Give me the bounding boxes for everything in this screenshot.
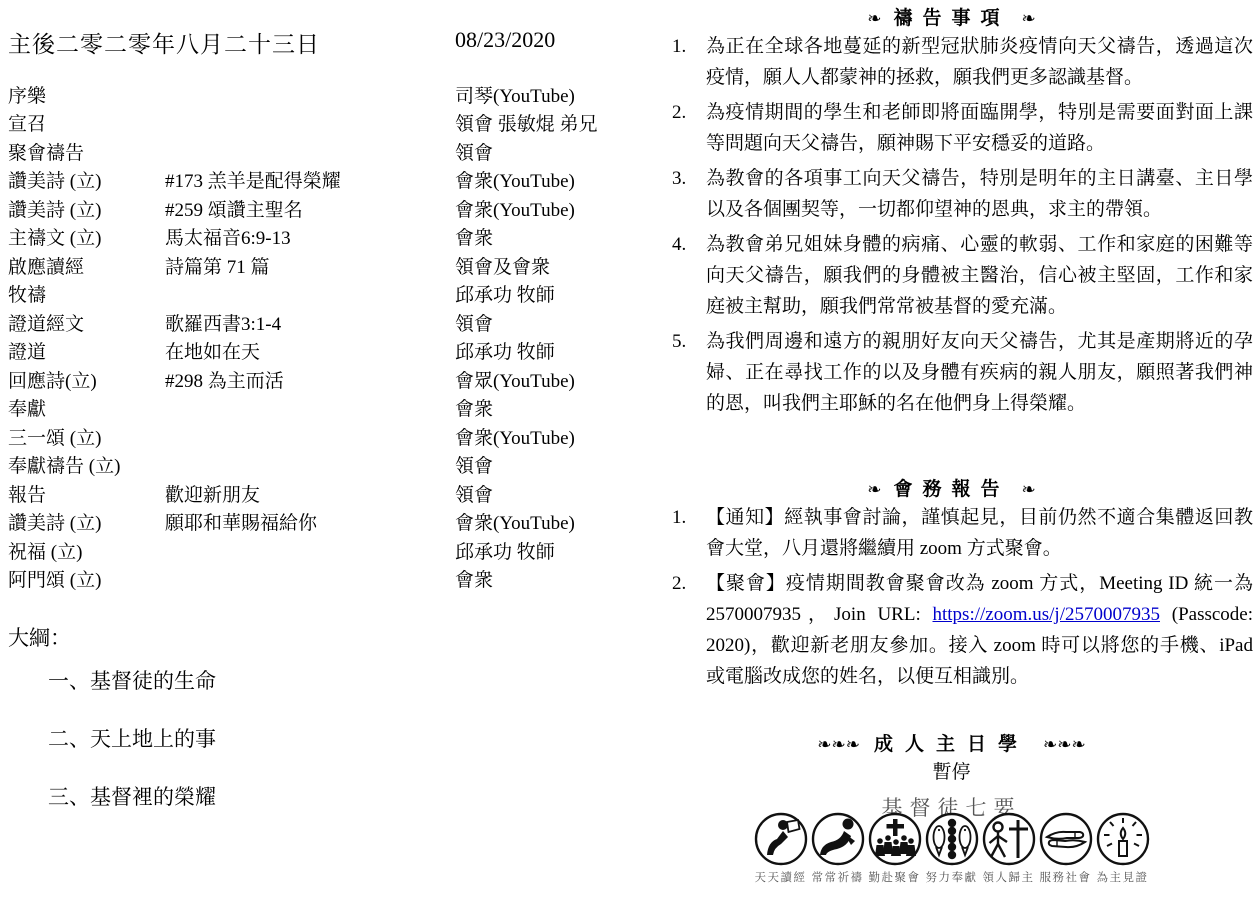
program-row: 讚美詩 (立)願耶和華賜福給你會衆(YouTube) [8,508,638,537]
program-role: 會眾(YouTube) [455,366,638,393]
program-row: 報告歡迎新朋友領會 [8,479,638,508]
program-role: 領會 [455,480,638,507]
list-item: 2.【聚會】疫情期間教會聚會改為 zoom 方式，Meeting ID 統一為 … [672,568,1253,692]
praying-icon [811,812,865,866]
program-detail: 願耶和華賜福給你 [165,508,455,535]
program-row: 回應詩(立)#298 為主而活會眾(YouTube) [8,365,638,394]
seven-essentials-icons: 天天讀經 常常祈禱 [650,812,1253,885]
fleuron-icon: ❧ [1022,480,1036,500]
program-role: 邱承功 牧師 [455,537,638,564]
list-item: 1.【通知】經執事會討論，謹慎起見，目前仍然不適合集體返回教會大堂，八月還將繼續… [672,502,1253,564]
program-row: 讚美詩 (立)#173 羔羊是配得榮耀會衆(YouTube) [8,166,638,195]
program-role: 會衆(YouTube) [455,166,638,193]
program-role: 司琴(YouTube) [455,81,638,108]
program-role: 領會及會衆 [455,252,638,279]
program-item-label: 回應詩(立) [8,366,165,393]
program-detail: 在地如在天 [165,337,455,364]
leading-icon [982,812,1036,866]
program-detail: 詩篇第 71 篇 [165,252,455,279]
program-role: 邱承功 牧師 [455,280,638,307]
fleuron-icon: ❧ [867,9,881,29]
program-item-label: 祝福 (立) [8,537,165,564]
item-number: 3. [672,163,706,225]
program-detail: 馬太福音6:9-13 [165,223,455,250]
seven-item: 為主見證 [1094,812,1151,885]
program-row: 啟應讀經詩篇第 71 篇領會及會衆 [8,251,638,280]
seven-item: 服務社會 [1037,812,1094,885]
sermon-outline-title: 大綱： [8,622,71,652]
program-item-label: 讚美詩 (立) [8,195,165,222]
announcement-title-text: 會務報告 [881,479,1021,500]
sunday-school-title: ❧❧❧成人主日學❧❧❧ [650,729,1253,756]
seven-item-label: 努力奉獻 [923,869,980,885]
program-row: 奉獻禱告 (立)領會 [8,451,638,480]
sermon-outline: 一、基督徒的生命 二、天上地上的事 三、基督裡的榮耀 [48,670,216,844]
program-row: 讚美詩 (立)#259 頌讚主聖名會衆(YouTube) [8,194,638,223]
list-item: 1.為正在全球各地蔓延的新型冠狀肺炎疫情向天父禱告，透過這次疫情，願人人都蒙神的… [672,31,1253,93]
program-row: 聚會禱告領會 [8,137,638,166]
item-number: 2. [672,97,706,159]
program-role: 會衆 [455,565,638,592]
seven-item-label: 領人歸主 [980,869,1037,885]
prayer-title-text: 禱告事項 [881,8,1021,29]
item-number: 5. [672,326,706,419]
item-number: 4. [672,229,706,322]
seven-item-label: 為主見證 [1094,869,1151,885]
program-item-label: 報告 [8,480,165,507]
outline-item: 二、天上地上的事 [48,728,216,750]
program-row: 祝福 (立)邱承功 牧師 [8,536,638,565]
announcement-section-title: ❧會務報告❧ [650,474,1253,501]
program-item-label: 牧禱 [8,280,165,307]
seven-item-label: 勤赴聚會 [866,869,923,885]
sunday-school-title-text: 成人主日學 [860,734,1043,755]
program-item-label: 主禱文 (立) [8,223,165,250]
program-row: 證道在地如在天邱承功 牧師 [8,337,638,366]
zoom-meeting-link[interactable]: https://zoom.us/j/2570007935 [933,604,1160,625]
program-role: 領會 [455,138,638,165]
offering-icon [925,812,979,866]
prayer-item-text: 為正在全球各地蔓延的新型冠狀肺炎疫情向天父禱告，透過這次疫情，願人人都蒙神的拯救… [706,31,1253,93]
program-role: 領會 張敏焜 弟兄 [455,109,638,136]
program-item-label: 證道 [8,337,165,364]
program-row: 阿門頌 (立)會衆 [8,565,638,594]
outline-item: 三、基督裡的榮耀 [48,786,216,808]
item-number: 1. [672,31,706,93]
program-role: 會衆(YouTube) [455,195,638,222]
item-number: 1. [672,502,706,564]
program-detail: 歌羅西書3:1-4 [165,309,455,336]
program-item-label: 序樂 [8,81,165,108]
program-row: 序樂司琴(YouTube) [8,80,638,109]
program-detail: #298 為主而活 [165,366,455,393]
seven-item-label: 服務社會 [1037,869,1094,885]
list-item: 2.為疫情期間的學生和老師即將面臨開學，特別是需要面對面上課等問題向天父禱告，願… [672,97,1253,159]
program-item-label: 啟應讀經 [8,252,165,279]
program-role: 領會 [455,451,638,478]
program-role: 會衆(YouTube) [455,423,638,450]
prayer-item-text: 為教會弟兄姐妹身體的病痛、心靈的軟弱、工作和家庭的困難等向天父禱告，願我們的身體… [706,229,1253,322]
item-number: 2. [672,568,706,692]
program-role: 邱承功 牧師 [455,337,638,364]
reading-icon [754,812,808,866]
prayer-item-text: 為教會的各項事工向天父禱告，特別是明年的主日講臺、主日學以及各個團契等，一切都仰… [706,163,1253,225]
serving-icon [1039,812,1093,866]
seven-item: 勤赴聚會 [866,812,923,885]
order-of-worship: 序樂司琴(YouTube) 宣召領會 張敏焜 弟兄 聚會禱告領會 讚美詩 (立)… [8,80,638,593]
program-role: 會衆 [455,223,638,250]
fleuron-icon: ❧ [867,480,881,500]
program-item-label: 證道經文 [8,309,165,336]
list-item: 5.為我們周邊和遠方的親朋好友向天父禱告，尤其是產期將近的孕婦、正在尋找工作的以… [672,326,1253,419]
program-item-label: 聚會禱告 [8,138,165,165]
witness-icon [1096,812,1150,866]
seven-item-label: 天天讀經 [752,869,809,885]
date-numeric: 08/23/2020 [455,27,555,53]
program-row: 牧禱邱承功 牧師 [8,280,638,309]
fleuron-icon: ❧❧❧ [817,735,860,755]
prayer-section-title: ❧禱告事項❧ [650,3,1253,30]
program-row: 主禱文 (立)馬太福音6:9-13會衆 [8,223,638,252]
list-item: 3.為教會的各項事工向天父禱告，特別是明年的主日講臺、主日學以及各個團契等，一切… [672,163,1253,225]
list-item: 4.為教會弟兄姐妹身體的病痛、心靈的軟弱、工作和家庭的困難等向天父禱告，願我們的… [672,229,1253,322]
announcement-item-text: 【通知】經執事會討論，謹慎起見，目前仍然不適合集體返回教會大堂，八月還將繼續用 … [706,502,1253,564]
program-detail: #173 羔羊是配得榮耀 [165,166,455,193]
date-chinese: 主後二零二零年八月二十三日 [8,26,320,59]
program-item-label: 宣召 [8,109,165,136]
seven-item: 領人歸主 [980,812,1037,885]
program-role: 會衆 [455,394,638,421]
prayer-item-text: 為疫情期間的學生和老師即將面臨開學，特別是需要面對面上課等問題向天父禱告，願神賜… [706,97,1253,159]
fleuron-icon: ❧❧❧ [1043,735,1086,755]
announcement-item-text: 【聚會】疫情期間教會聚會改為 zoom 方式，Meeting ID 統一為 25… [706,568,1253,692]
seven-item: 努力奉獻 [923,812,980,885]
outline-item: 一、基督徒的生命 [48,670,216,692]
program-role: 領會 [455,309,638,336]
program-item-label: 奉獻禱告 (立) [8,451,165,478]
program-item-label: 讚美詩 (立) [8,166,165,193]
program-detail: #259 頌讚主聖名 [165,195,455,222]
fleuron-icon: ❧ [1022,9,1036,29]
program-item-label: 讚美詩 (立) [8,508,165,535]
program-item-label: 三一頌 (立) [8,423,165,450]
program-row: 奉獻會衆 [8,394,638,423]
program-item-label: 阿門頌 (立) [8,565,165,592]
seven-item: 天天讀經 [752,812,809,885]
program-detail: 歡迎新朋友 [165,480,455,507]
bulletin-page: 主後二零二零年八月二十三日 08/23/2020 序樂司琴(YouTube) 宣… [0,0,1257,903]
gathering-icon [868,812,922,866]
program-row: 三一頌 (立)會衆(YouTube) [8,422,638,451]
announcement-list: 1.【通知】經執事會討論，謹慎起見，目前仍然不適合集體返回教會大堂，八月還將繼續… [650,502,1253,696]
sunday-school-status: 暫停 [650,757,1253,784]
program-row: 宣召領會 張敏焜 弟兄 [8,109,638,138]
program-item-label: 奉獻 [8,394,165,421]
program-row: 證道經文歌羅西書3:1-4領會 [8,308,638,337]
seven-item-label: 常常祈禱 [809,869,866,885]
prayer-list: 1.為正在全球各地蔓延的新型冠狀肺炎疫情向天父禱告，透過這次疫情，願人人都蒙神的… [650,31,1253,423]
prayer-item-text: 為我們周邊和遠方的親朋好友向天父禱告，尤其是產期將近的孕婦、正在尋找工作的以及身… [706,326,1253,419]
program-role: 會衆(YouTube) [455,508,638,535]
seven-item: 常常祈禱 [809,812,866,885]
